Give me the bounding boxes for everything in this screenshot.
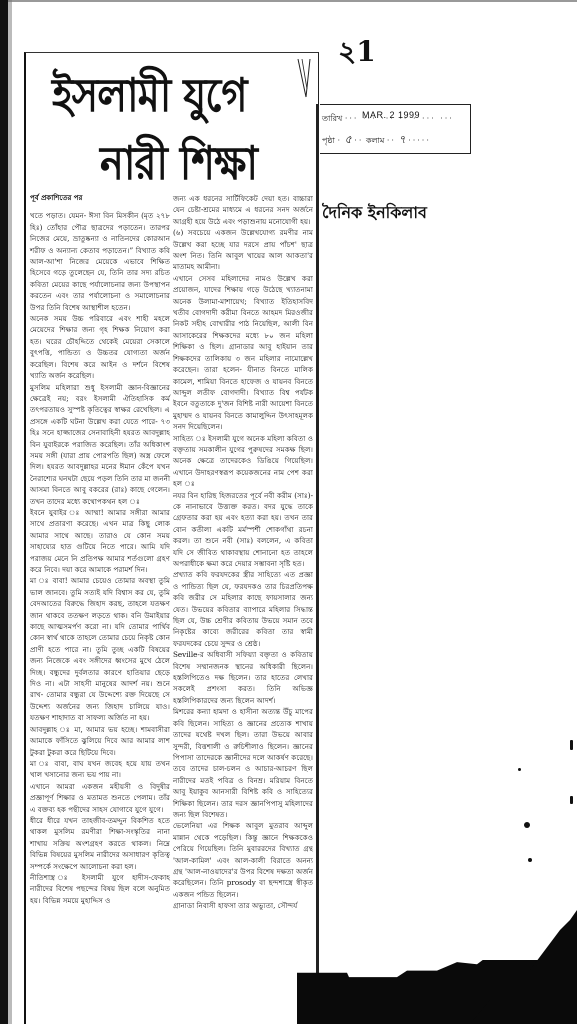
- column-label: কলাম: [366, 136, 384, 145]
- clipping-right-border: [316, 104, 318, 984]
- newspaper-clipping: ইসলামী যুগে নারী শিক্ষা পূর্ব প্রকাশিতের…: [24, 52, 319, 1024]
- paragraph: মুসলিম মহিলারা শুধু ইসলামী জ্ঞান-বিজ্ঞান…: [30, 382, 170, 507]
- stamp-date-row: তারিখ ··· ··· ··· ·· · ··· ··· MAR. 2 19…: [322, 113, 454, 126]
- headline-line-1: ইসলামী যুগে: [52, 59, 247, 136]
- paragraph: খতে পড়াত। যেমন- ঈসা বিন মিসকীন (মৃত ২৭৮…: [30, 210, 170, 313]
- date-label: তারিখ: [322, 114, 342, 123]
- scan-top-edge: [0, 0, 577, 2]
- dotted-line: ··: [387, 136, 396, 145]
- archive-stamp: তারিখ ··· ··· ··· ·· · ··· ··· MAR. 2 19…: [320, 104, 471, 154]
- dotted-line: ·: [338, 136, 343, 145]
- paragraph: ইবনে যুবাইর ঃ আম্মা! আমার সঙ্গীরা আমার স…: [30, 507, 170, 575]
- article-column-left: পূর্ব প্রকাশিতের পর খতে পড়াত। যেমন- ঈসা…: [30, 193, 170, 906]
- paragraph: জন্য এক ধরনের সার্টিফিকেট দেয়া হত। বাচ্…: [173, 193, 313, 227]
- paragraph: মা ঃ বাবা! আমার চেয়েও তোমার অবস্থা তুমি…: [30, 575, 170, 723]
- scan-speck: [524, 822, 530, 828]
- page-label: পৃষ্ঠা: [322, 136, 335, 145]
- paragraph: এখানে আমরা একজন মহীয়সী ও বিদুষীর প্রজ্ঞ…: [30, 781, 170, 815]
- paragraph: এখানে সেসব মহিলাদের নামও উল্লেখ করা প্রয…: [173, 273, 313, 433]
- continued-kicker: পূর্ব প্রকাশিতের পর: [30, 193, 170, 204]
- scan-speck: [570, 740, 573, 750]
- scan-speck: [518, 768, 521, 771]
- paragraph: নযর বিন হারিছ হিজরতের পূর্বে নবী করীম (স…: [173, 490, 313, 570]
- scan-left-shadow: [8, 0, 12, 1024]
- paragraph: ধীরে ধীরে যখন তাহজীব-তমদ্দুন বিকশিত হতে …: [30, 815, 170, 872]
- paragraph: মা ঃ বাবা, বাঘ যখন জবেহ হয়ে যায় তখন খা…: [30, 758, 170, 781]
- scan-speck: [570, 796, 573, 804]
- page-value: ৫: [345, 133, 352, 146]
- stamp-page-row: পৃষ্ঠা · ৫ ·· কলাম ·· ৭ ·····: [322, 131, 431, 150]
- column-value: ৭: [398, 133, 405, 146]
- scan-left-edge: [0, 0, 8, 1024]
- paragraph: মিশরের কন্যা হামদা ও হাসীনা অত্যন্ত উঁচু…: [173, 706, 313, 820]
- paragraph: প্রখ্যাত কবি ফরযদকের স্ত্রীর সাহিত্যে এত…: [173, 569, 313, 649]
- paragraph: Seville-র অধিবাসী সফিয়্যা বক্তৃতা ও কবি…: [173, 649, 313, 706]
- paragraph: গ্রানাডা নিবাসী হাফসা তার অভ্যুতা, সৌন্দ…: [173, 900, 313, 911]
- paragraph: নীতিশাস্ত্র ঃ ইসলামী যুগে হাদীস-ফেকাহ না…: [30, 872, 170, 906]
- headline: ইসলামী যুগে নারী শিক্ষা: [26, 53, 318, 191]
- newspaper-name: দৈনিক ইনকিলাব: [322, 200, 427, 227]
- scan-dark-edge: [470, 880, 577, 1024]
- paragraph: অনেক সময় উচ্চ পরিবারে এবং শাহী মহলে মেয…: [30, 313, 170, 381]
- paragraph: আবদুল্লাহ ঃ মা, আমার ভয় হচ্ছে। শামবাসীর…: [30, 724, 170, 758]
- article-column-right: জন্য এক ধরনের সার্টিফিকেট দেয়া হত। বাচ্…: [173, 193, 313, 912]
- paragraph: (৬) সবচেয়ে একজন উল্লেখযোগ্য রমণীর নাম উ…: [173, 227, 313, 273]
- paragraph: সাহিত্য ঃ ইসলামী যুগে অনেক মহিলা কবিতা ও…: [173, 433, 313, 490]
- handwritten-number: ২1: [338, 30, 376, 77]
- scan-speck: [528, 858, 532, 862]
- date-value: MAR. 2 1999: [362, 110, 420, 120]
- paper-tear-mark: [296, 59, 314, 99]
- dotted-line: ·····: [408, 136, 431, 145]
- dotted-line: ··: [354, 136, 363, 145]
- paragraph: ভেলেনিয়া এর শিক্ষক আবুল মুতরাব আব্দুল ম…: [173, 820, 313, 900]
